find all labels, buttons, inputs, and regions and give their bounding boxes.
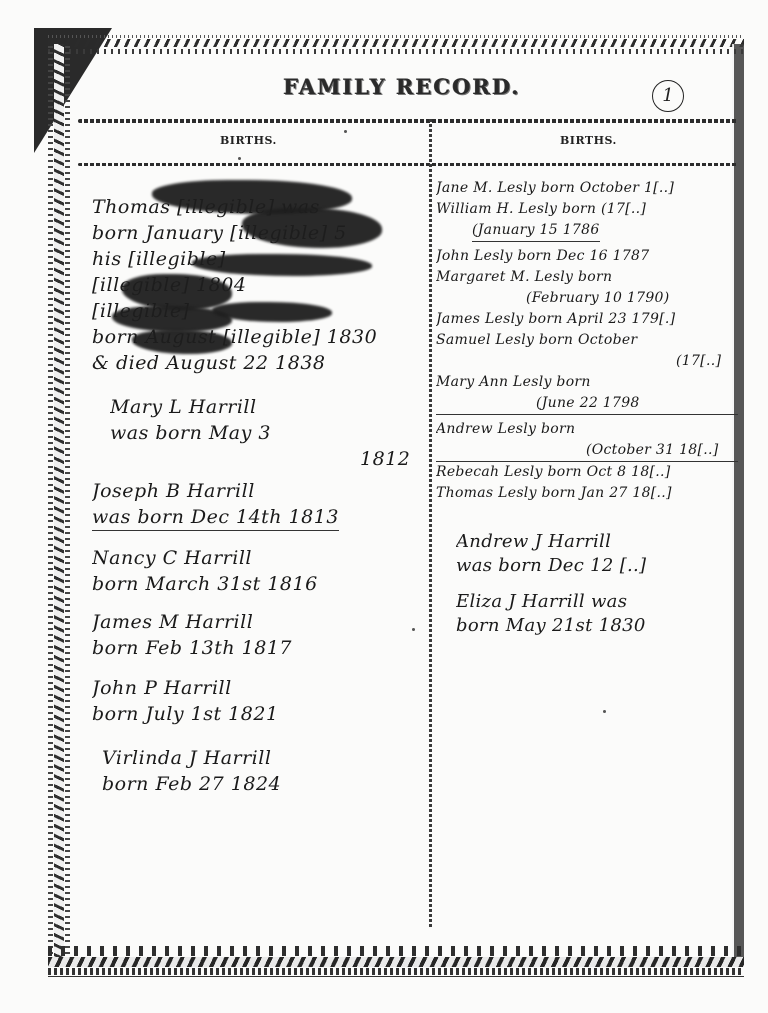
entry-line: Virlinda J Harrill [102,745,422,771]
birth-entry: Mary L Harrill was born May 3 1812 [92,394,422,472]
birth-entry: James Lesly born April 23 179[.] [436,309,738,330]
births-heading-right: BIRTHS. [560,134,617,147]
entry-line: (June 22 1798 [436,393,738,415]
record-header: FAMILY RECORD. 1 [72,66,732,116]
entry-line: Andrew Lesly born [436,419,738,440]
page-title: FAMILY RECORD. [72,74,732,99]
birth-entry: Margaret M. Lesly born (February 10 1790… [436,267,738,309]
entry-line: born July 1st 1821 [92,701,422,727]
birth-entry: Andrew Lesly born (October 31 18[..] [436,419,738,462]
scan-speck [603,710,606,713]
births-column-left: Thomas [illegible] was born January [ill… [92,172,422,797]
birth-entry: John P Harrill born July 1st 1821 [92,675,422,727]
birth-entry-obscured: Thomas [illegible] was born January [ill… [92,194,422,376]
entry-line: born May 21st 1830 [456,614,738,638]
birth-entry: Rebecah Lesly born Oct 8 18[..] [436,462,738,483]
entry-line: born Feb 13th 1817 [92,635,422,661]
column-divider [429,119,432,927]
scan-speck [238,157,241,160]
entry-line: (October 31 18[..] [436,440,738,462]
entry-line: was born May 3 [110,420,422,446]
birth-entry: Andrew J Harrill was born Dec 12 [..] [436,530,738,578]
entry-line: (February 10 1790) [436,288,738,309]
entry-line: Margaret M. Lesly born [436,267,738,288]
entry-line: Eliza J Harrill was [456,590,738,614]
entry-line: 1812 [110,446,422,472]
entry-line: (17[..] [436,351,738,372]
entry-line: born Feb 27 1824 [102,771,422,797]
entry-line: Andrew J Harrill [456,530,738,554]
birth-entry: Samuel Lesly born October (17[..] [436,330,738,372]
entry-line: William H. Lesly born (17[..] [436,199,738,220]
scan-speck [344,130,347,133]
scan-speck [412,628,415,631]
entry-line: & died August 22 1838 [92,350,422,376]
entry-line: was born Dec 12 [..] [456,554,738,578]
birth-entry: John Lesly born Dec 16 1787 [436,246,738,267]
birth-entry: (January 15 1786 [436,220,738,246]
birth-entry: Eliza J Harrill was born May 21st 1830 [436,590,738,638]
entry-line: (January 15 1786 [472,220,600,242]
births-heading-left: BIRTHS. [220,134,277,147]
entry-line: Thomas Lesly born Jan 27 18[..] [436,483,738,504]
birth-entry: Mary Ann Lesly born (June 22 1798 [436,372,738,415]
birth-entry: James M Harrill born Feb 13th 1817 [92,609,422,661]
header-divider [78,119,738,123]
entry-line: was born Dec 14th 1813 [92,504,339,531]
frame-border-top [48,34,744,56]
frame-border-left [48,44,74,966]
entry-line: Joseph B Harrill [92,478,422,504]
column-heading-divider [78,163,738,166]
page-number-circle: 1 [652,80,684,112]
entry-line: Jane M. Lesly born October 1[..] [436,178,738,199]
entry-line: Samuel Lesly born October [436,330,738,351]
frame-border-bottom [48,946,744,976]
entry-line: Rebecah Lesly born Oct 8 18[..] [436,462,738,483]
entry-line: born March 31st 1816 [92,571,422,597]
birth-entry: Jane M. Lesly born October 1[..] William… [436,178,738,220]
entry-line: James M Harrill [92,609,422,635]
entry-line: John Lesly born Dec 16 1787 [436,246,738,267]
entry-line: Mary L Harrill [110,394,422,420]
birth-entry: Joseph B Harrill was born Dec 14th 1813 [92,478,422,535]
entry-line: James Lesly born April 23 179[.] [436,309,738,330]
entry-line: Mary Ann Lesly born [436,372,738,393]
birth-entry: Thomas Lesly born Jan 27 18[..] [436,483,738,504]
entry-line: Nancy C Harrill [92,545,422,571]
entry-line: John P Harrill [92,675,422,701]
births-column-right: Jane M. Lesly born October 1[..] William… [436,172,738,638]
birth-entry: Nancy C Harrill born March 31st 1816 [92,545,422,597]
frame-bottom-rule [48,976,744,977]
birth-entry: Virlinda J Harrill born Feb 27 1824 [92,745,422,797]
